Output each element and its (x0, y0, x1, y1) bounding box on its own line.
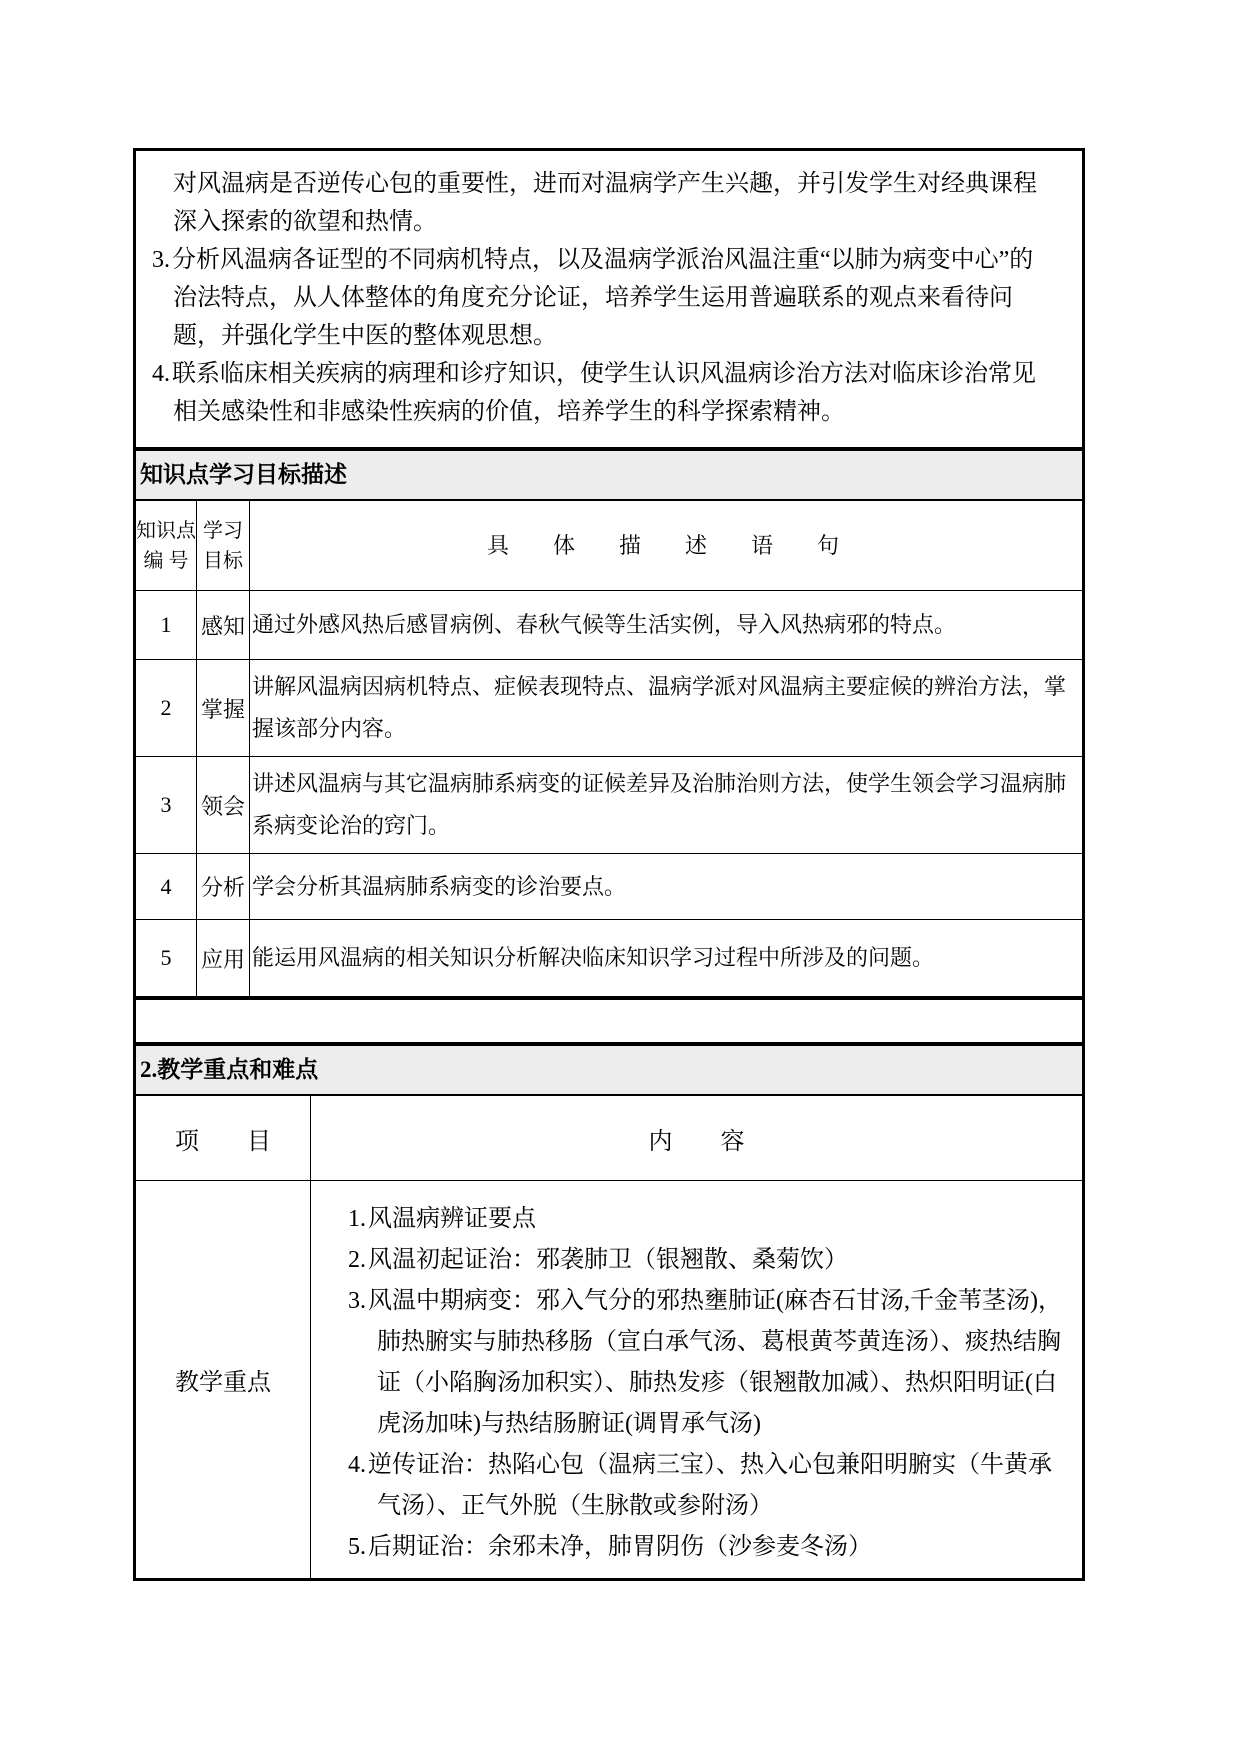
knowledge-row-goal: 应用 (197, 920, 250, 996)
row-goal: 领会 (201, 790, 245, 821)
objective-item-3: 3.分析风温病各证型的不同病机特点，以及温病学派治风温注重“以肺为病变中心”的治… (152, 241, 1056, 355)
row-desc: 通过外感风热后感冒病例、春秋气候等生活实例，导入风热病邪的特点。 (252, 604, 956, 646)
knowledge-row-no: 5 (136, 920, 197, 996)
keypoint-number: 1. (348, 1206, 368, 1232)
objective-item-continuation: 对风温病是否逆传心包的重要性，进而对温病学产生兴趣，并引发学生对经典课程深入探索… (152, 165, 1056, 241)
knowledge-row-desc: 能运用风温病的相关知识分析解决临床知识学习过程中所涉及的问题。 (250, 920, 1082, 996)
knowledge-row-goal: 分析 (197, 854, 250, 919)
row-no: 2 (161, 695, 172, 721)
objectives-section: 对风温病是否逆传心包的重要性，进而对温病学产生兴趣，并引发学生对经典课程深入探索… (136, 151, 1082, 447)
keypoint-text: 风温初起证治：邪袭肺卫（银翘散、桑菊饮） (368, 1247, 848, 1273)
header-cell-content: 内 容 (311, 1096, 1082, 1180)
objective-text: 分析风温病各证型的不同病机特点，以及温病学派治风温注重“以肺为病变中心”的治法特… (172, 247, 1033, 349)
knowledge-table-row: 4 分析 学会分析其温病肺系病变的诊治要点。 (136, 854, 1082, 920)
keypoints-section-title: 2.教学重点和难点 (140, 1057, 318, 1082)
keypoint-line-2: 2.风温初起证治：邪袭肺卫（银翘散、桑菊饮） (348, 1240, 1072, 1281)
row-no: 1 (161, 612, 172, 638)
header-cell-learning-goal: 学习 目标 (197, 501, 250, 590)
row-desc: 讲解风温病因病机特点、症候表现特点、温病学派对风温病主要症候的辨治方法，掌握该部… (252, 666, 1074, 750)
knowledge-row-desc: 通过外感风热后感冒病例、春秋气候等生活实例，导入风热病邪的特点。 (250, 591, 1082, 659)
header-learning-goal-line2: 目标 (203, 546, 243, 576)
row-desc: 讲述风温病与其它温病肺系病变的证候差异及治肺治则方法，使学生领会学习温病肺系病变… (252, 763, 1074, 847)
keypoints-table: 项 目 内 容 教学重点 1.风温病辨证要点 2.风温初起证治：邪袭肺卫（银翘散… (136, 1096, 1082, 1578)
empty-row (136, 996, 1082, 1046)
knowledge-table-row: 5 应用 能运用风温病的相关知识分析解决临床知识学习过程中所涉及的问题。 (136, 920, 1082, 996)
header-content-label: 内 容 (649, 1121, 745, 1156)
knowledge-table-row: 2 掌握 讲解风温病因病机特点、症候表现特点、温病学派对风温病主要症候的辨治方法… (136, 660, 1082, 757)
knowledge-table-header-row: 知识点 编 号 学习 目标 具 体 描 述 语 句 (136, 501, 1082, 591)
knowledge-row-desc: 讲述风温病与其它温病肺系病变的证候差异及治肺治则方法，使学生领会学习温病肺系病变… (250, 757, 1082, 853)
row-desc: 能运用风温病的相关知识分析解决临床知识学习过程中所涉及的问题。 (252, 937, 934, 979)
knowledge-row-desc: 讲解风温病因病机特点、症候表现特点、温病学派对风温病主要症候的辨治方法，掌握该部… (250, 660, 1082, 756)
keypoints-row-content: 1.风温病辨证要点 2.风温初起证治：邪袭肺卫（银翘散、桑菊饮） 3.风温中期病… (311, 1181, 1082, 1578)
objective-text: 对风温病是否逆传心包的重要性，进而对温病学产生兴趣，并引发学生对经典课程深入探索… (173, 171, 1037, 235)
keypoint-number: 5. (348, 1534, 368, 1560)
content-frame: 对风温病是否逆传心包的重要性，进而对温病学产生兴趣，并引发学生对经典课程深入探索… (133, 148, 1085, 1581)
keypoints-table-row: 教学重点 1.风温病辨证要点 2.风温初起证治：邪袭肺卫（银翘散、桑菊饮） 3.… (136, 1181, 1082, 1578)
keypoint-line-3: 3.风温中期病变：邪入气分的邪热壅肺证(麻杏石甘汤,千金苇茎汤)，肺热腑实与肺热… (348, 1281, 1072, 1445)
header-cell-description: 具 体 描 述 语 句 (250, 501, 1082, 590)
objective-number: 4. (152, 361, 172, 387)
row-label: 教学重点 (175, 1362, 271, 1397)
row-goal: 应用 (201, 943, 245, 974)
row-no: 4 (161, 874, 172, 900)
header-cell-item: 项 目 (136, 1096, 311, 1180)
keypoint-text: 逆传证治：热陷心包（温病三宝）、热入心包兼阳明腑实（牛黄承气汤）、正气外脱（生脉… (368, 1452, 1052, 1519)
keypoint-number: 2. (348, 1247, 368, 1273)
header-item-label: 项 目 (175, 1121, 271, 1156)
header-learning-goal-line1: 学习 (203, 516, 243, 546)
knowledge-row-goal: 掌握 (197, 660, 250, 756)
header-knowledge-id-line2: 编 号 (144, 546, 189, 576)
header-cell-knowledge-id: 知识点 编 号 (136, 501, 197, 590)
keypoints-section-header: 2.教学重点和难点 (136, 1046, 1082, 1096)
knowledge-table-row: 3 领会 讲述风温病与其它温病肺系病变的证候差异及治肺治则方法，使学生领会学习温… (136, 757, 1082, 854)
knowledge-table-row: 1 感知 通过外感风热后感冒病例、春秋气候等生活实例，导入风热病邪的特点。 (136, 591, 1082, 660)
knowledge-section-title: 知识点学习目标描述 (140, 462, 347, 487)
keypoint-text: 风温病辨证要点 (368, 1206, 536, 1232)
objective-item-4: 4.联系临床相关疾病的病理和诊疗知识，使学生认识风温病诊治方法对临床诊治常见相关… (152, 355, 1056, 431)
keypoint-number: 3. (348, 1288, 368, 1314)
knowledge-row-no: 2 (136, 660, 197, 756)
row-goal: 掌握 (201, 693, 245, 724)
objective-number: 3. (152, 247, 172, 273)
keypoint-number: 4. (348, 1452, 368, 1478)
knowledge-row-no: 1 (136, 591, 197, 659)
knowledge-section-header: 知识点学习目标描述 (136, 447, 1082, 501)
row-goal: 感知 (201, 610, 245, 641)
knowledge-row-goal: 感知 (197, 591, 250, 659)
row-desc: 学会分析其温病肺系病变的诊治要点。 (252, 866, 626, 908)
row-no: 3 (161, 792, 172, 818)
knowledge-row-no: 4 (136, 854, 197, 919)
knowledge-row-no: 3 (136, 757, 197, 853)
knowledge-table: 知识点 编 号 学习 目标 具 体 描 述 语 句 1 感知 通过外感风热后感冒… (136, 501, 1082, 996)
keypoint-line-5: 5.后期证治：余邪未净，肺胃阴伤（沙参麦冬汤） (348, 1527, 1072, 1568)
header-description-label: 具 体 描 述 语 句 (487, 525, 839, 567)
header-knowledge-id-line1: 知识点 (136, 516, 196, 546)
keypoint-text: 后期证治：余邪未净，肺胃阴伤（沙参麦冬汤） (368, 1534, 872, 1560)
keypoint-line-1: 1.风温病辨证要点 (348, 1199, 1072, 1240)
keypoint-line-4: 4.逆传证治：热陷心包（温病三宝）、热入心包兼阳明腑实（牛黄承气汤）、正气外脱（… (348, 1445, 1072, 1527)
objective-text: 联系临床相关疾病的病理和诊疗知识，使学生认识风温病诊治方法对临床诊治常见相关感染… (172, 361, 1036, 425)
row-no: 5 (161, 945, 172, 971)
keypoints-table-header-row: 项 目 内 容 (136, 1096, 1082, 1181)
knowledge-row-goal: 领会 (197, 757, 250, 853)
keypoint-text: 风温中期病变：邪入气分的邪热壅肺证(麻杏石甘汤,千金苇茎汤)，肺热腑实与肺热移肠… (368, 1288, 1062, 1437)
row-goal: 分析 (201, 871, 245, 902)
knowledge-row-desc: 学会分析其温病肺系病变的诊治要点。 (250, 854, 1082, 919)
keypoints-row-label: 教学重点 (136, 1181, 311, 1578)
